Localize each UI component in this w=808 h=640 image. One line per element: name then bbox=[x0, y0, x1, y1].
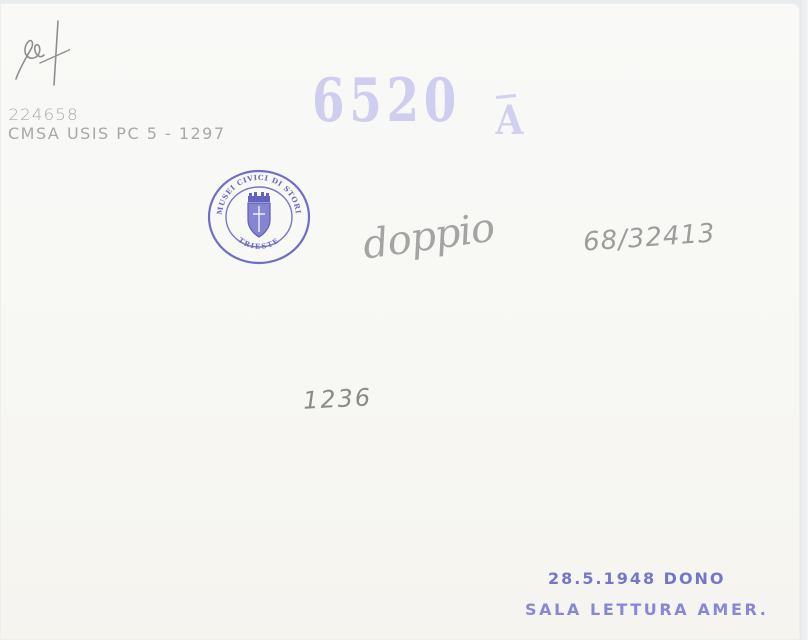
coat-of-arms-icon bbox=[248, 192, 270, 237]
handwritten-note: doppio bbox=[360, 205, 497, 269]
photo-back-sheet: 224658 CMSA USIS PC 5 - 1297 6520 A MUSE… bbox=[0, 3, 800, 640]
inventory-code: CMSA USIS PC 5 - 1297 bbox=[8, 124, 226, 143]
source-stamp: SALA LETTURA AMER. bbox=[525, 600, 768, 619]
catalog-suffix-stamp: A bbox=[496, 101, 524, 141]
handwritten-page-number: 1236 bbox=[302, 383, 372, 415]
date-donation-stamp: 28.5.1948 DONO bbox=[548, 569, 726, 588]
handwritten-initials bbox=[10, 17, 70, 87]
catalog-number-stamp: 6520 bbox=[312, 71, 461, 131]
handwritten-reference: 68/32413 bbox=[582, 218, 716, 257]
scan-edge bbox=[800, 0, 808, 640]
inventory-number: 224658 bbox=[8, 105, 78, 124]
museum-seal-stamp: MUSEI CIVICI DI STORIA ED ARTE E DEL RIS… bbox=[206, 168, 312, 266]
